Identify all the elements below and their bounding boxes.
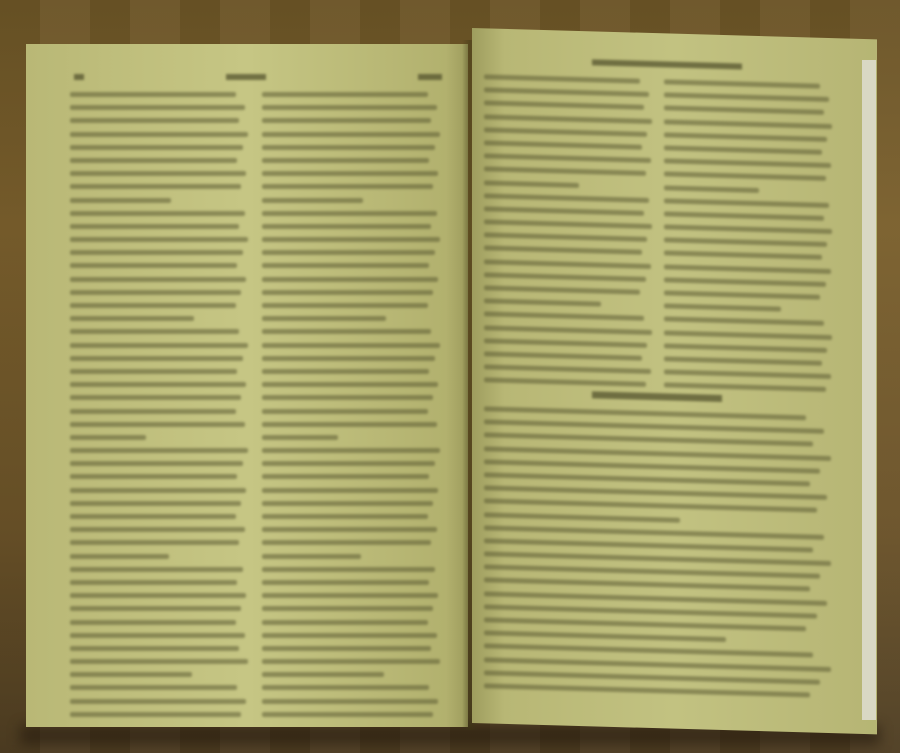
- text-line: [484, 338, 647, 348]
- text-line: [262, 580, 429, 585]
- text-line: [262, 527, 437, 532]
- text-line: [262, 303, 428, 308]
- text-line: [262, 92, 428, 97]
- text-line: [484, 631, 726, 643]
- text-line: [484, 617, 806, 631]
- text-line: [484, 180, 579, 188]
- text-line: [70, 382, 246, 387]
- text-line: [664, 383, 826, 393]
- text-line: [262, 250, 435, 255]
- left-page: [26, 44, 468, 727]
- text-line: [262, 672, 384, 677]
- right-page-column-1: [484, 74, 654, 395]
- text-line: [262, 712, 433, 717]
- text-line: [70, 474, 237, 479]
- text-line: [664, 290, 820, 299]
- text-line: [262, 277, 438, 282]
- text-line: [484, 233, 647, 243]
- text-line: [70, 461, 243, 466]
- text-line: [70, 567, 243, 572]
- text-line: [484, 683, 810, 697]
- text-line: [70, 699, 246, 704]
- left-page-column-1: [70, 92, 250, 725]
- text-line: [262, 382, 438, 387]
- text-line: [262, 158, 429, 163]
- text-line: [70, 277, 246, 282]
- text-line: [664, 198, 829, 208]
- text-line: [484, 670, 820, 684]
- text-line: [262, 606, 433, 611]
- text-line: [70, 435, 146, 440]
- text-line: [70, 580, 237, 585]
- text-line: [484, 459, 820, 473]
- text-line: [484, 325, 652, 335]
- text-line: [484, 101, 644, 110]
- text-line: [484, 219, 652, 229]
- text-line: [484, 591, 827, 606]
- left-page-column-2: [262, 92, 442, 725]
- text-line: [70, 224, 239, 229]
- text-line: [664, 343, 827, 353]
- text-line: [70, 409, 236, 414]
- text-line: [484, 378, 646, 388]
- text-line: [484, 193, 649, 203]
- text-line: [484, 472, 810, 486]
- right-page: [472, 28, 877, 734]
- text-line: [484, 420, 824, 434]
- text-line: [664, 119, 832, 129]
- text-line: [262, 540, 431, 545]
- text-line: [262, 145, 435, 150]
- text-line: [70, 712, 241, 717]
- text-line: [484, 565, 820, 579]
- text-line: [70, 540, 239, 545]
- text-line: [262, 395, 433, 400]
- text-line: [262, 659, 440, 664]
- text-line: [664, 158, 831, 168]
- text-line: [70, 198, 171, 203]
- text-line: [262, 554, 361, 559]
- text-line: [664, 356, 822, 365]
- text-line: [484, 433, 813, 447]
- text-line: [262, 501, 433, 506]
- text-line: [262, 633, 437, 638]
- right-page-column-2: [664, 79, 834, 400]
- text-line: [664, 304, 781, 312]
- text-line: [262, 422, 437, 427]
- text-line: [664, 211, 824, 220]
- text-line: [664, 238, 827, 248]
- text-line: [664, 224, 832, 234]
- text-line: [262, 237, 440, 242]
- text-line: [70, 593, 246, 598]
- text-line: [70, 606, 241, 611]
- text-line: [484, 406, 806, 420]
- text-line: [70, 685, 237, 690]
- text-line: [484, 312, 644, 321]
- text-line: [262, 329, 431, 334]
- text-line: [70, 158, 237, 163]
- text-line: [262, 118, 431, 123]
- text-line: [484, 551, 831, 566]
- text-line: [664, 145, 822, 154]
- text-line: [484, 272, 646, 282]
- text-line: [664, 172, 826, 182]
- text-line: [70, 132, 248, 137]
- text-line: [484, 167, 646, 177]
- text-line: [484, 74, 640, 83]
- text-line: [70, 290, 241, 295]
- text-line: [484, 88, 649, 98]
- text-line: [664, 79, 820, 88]
- text-line: [262, 132, 440, 137]
- text-line: [70, 448, 248, 453]
- text-line: [664, 277, 826, 287]
- text-line: [70, 105, 245, 110]
- text-line: [70, 369, 237, 374]
- text-line: [262, 593, 438, 598]
- text-line: [70, 422, 245, 427]
- text-line: [484, 604, 817, 618]
- text-line: [484, 206, 644, 215]
- text-line: [70, 646, 239, 651]
- text-line: [70, 237, 248, 242]
- text-line: [70, 395, 241, 400]
- text-line: [484, 644, 813, 658]
- text-line: [262, 685, 429, 690]
- text-line: [664, 330, 832, 340]
- text-line: [664, 369, 831, 379]
- text-line: [484, 446, 831, 461]
- text-line: [484, 246, 642, 255]
- text-line: [70, 659, 248, 664]
- text-line: [484, 578, 810, 592]
- text-line: [484, 485, 827, 500]
- running-header: [592, 59, 742, 69]
- text-line: [262, 290, 433, 295]
- text-line: [262, 211, 437, 216]
- text-line: [70, 303, 236, 308]
- text-line: [70, 343, 248, 348]
- text-line: [484, 538, 813, 552]
- text-line: [262, 316, 386, 321]
- text-line: [70, 92, 236, 97]
- text-line: [70, 356, 243, 361]
- text-line: [664, 185, 759, 193]
- text-line: [70, 211, 245, 216]
- text-line: [70, 501, 241, 506]
- text-line: [70, 527, 245, 532]
- text-line: [262, 488, 438, 493]
- text-line: [262, 514, 428, 519]
- text-line: [70, 620, 236, 625]
- text-line: [70, 118, 239, 123]
- text-line: [484, 140, 642, 149]
- text-line: [664, 132, 827, 142]
- running-header-right: [418, 74, 442, 80]
- text-line: [484, 525, 824, 539]
- text-line: [70, 633, 245, 638]
- text-line: [70, 171, 246, 176]
- text-line: [262, 224, 431, 229]
- text-line: [484, 259, 651, 269]
- text-line: [262, 435, 338, 440]
- text-line: [70, 263, 237, 268]
- text-line: [484, 512, 680, 522]
- text-line: [262, 263, 429, 268]
- text-line: [484, 114, 652, 124]
- text-line: [262, 356, 435, 361]
- text-line: [484, 153, 651, 163]
- text-line: [664, 317, 824, 326]
- text-line: [70, 488, 246, 493]
- text-line: [262, 343, 440, 348]
- text-line: [70, 672, 192, 677]
- text-line: [70, 329, 239, 334]
- text-line: [484, 127, 647, 137]
- text-line: [262, 646, 431, 651]
- text-line: [70, 554, 169, 559]
- text-line: [664, 264, 831, 274]
- text-line: [262, 567, 435, 572]
- text-line: [262, 448, 440, 453]
- text-line: [664, 251, 822, 260]
- text-line: [664, 106, 824, 115]
- text-line: [262, 105, 437, 110]
- text-line: [70, 145, 243, 150]
- page-number: [74, 74, 84, 80]
- text-line: [262, 699, 438, 704]
- text-line: [484, 351, 642, 360]
- page-edges: [862, 60, 876, 720]
- text-line: [262, 369, 429, 374]
- text-line: [484, 499, 817, 513]
- text-line: [70, 316, 194, 321]
- text-line: [484, 299, 601, 307]
- text-line: [262, 198, 363, 203]
- text-line: [262, 409, 428, 414]
- text-line: [484, 364, 651, 374]
- text-line: [70, 514, 236, 519]
- text-line: [70, 184, 241, 189]
- text-line: [262, 171, 438, 176]
- text-line: [262, 474, 429, 479]
- text-line: [484, 657, 831, 672]
- text-line: [70, 250, 243, 255]
- running-header: [226, 74, 266, 80]
- text-line: [262, 184, 433, 189]
- text-line: [664, 93, 829, 103]
- text-line: [262, 461, 435, 466]
- text-line: [262, 620, 428, 625]
- right-page-full-width-text: [484, 406, 834, 706]
- text-line: [484, 285, 640, 294]
